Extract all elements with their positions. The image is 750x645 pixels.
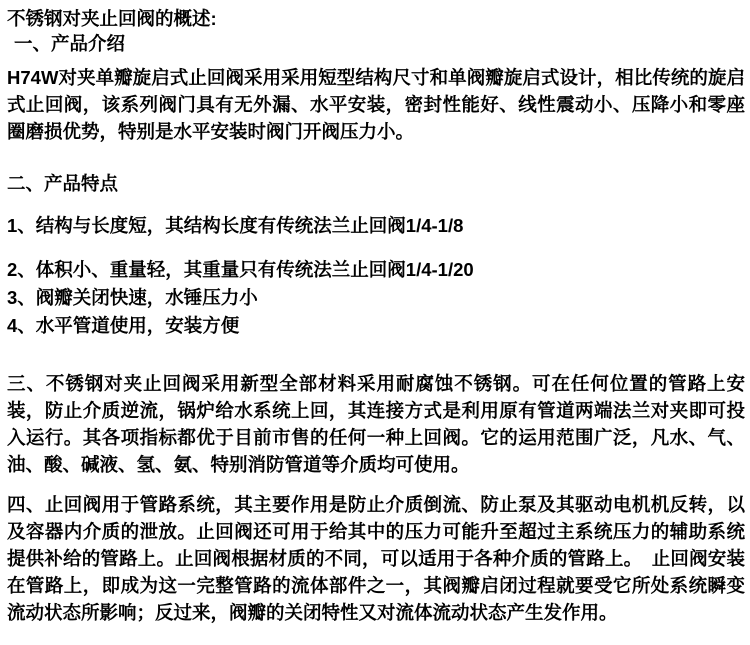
section-4-paragraph: 四、止回阀用于管路系统，其主要作用是防止介质倒流、防止泵及其驱动电机机反转，以及… [7,491,745,626]
document-title: 不锈钢对夹止回阀的概述: [7,6,745,31]
section-3-paragraph: 三、不锈钢对夹止回阀采用新型全部材料采用耐腐蚀不锈钢。可在任何位置的管路上安装，… [7,370,745,478]
feature-item-2: 2、体积小、重量轻，其重量只有传统法兰止回阀1/4-1/20 [7,256,745,283]
feature-item-4: 4、水平管道使用，安装方便 [7,312,745,339]
section-2-heading: 二、产品特点 [7,171,745,196]
document-page: 不锈钢对夹止回阀的概述: 一、产品介绍 H74W对夹单瓣旋启式止回阀采用采用短型… [0,0,750,645]
feature-item-1: 1、结构与长度短，其结构长度有传统法兰止回阀1/4-1/8 [7,212,745,239]
section-1-heading: 一、产品介绍 [7,31,745,56]
section-1-paragraph: H74W对夹单瓣旋启式止回阀采用采用短型结构尺寸和单阀瓣旋启式设计，相比传统的旋… [7,64,745,145]
feature-item-3: 3、阀瓣关闭快速，水锤压力小 [7,284,745,311]
